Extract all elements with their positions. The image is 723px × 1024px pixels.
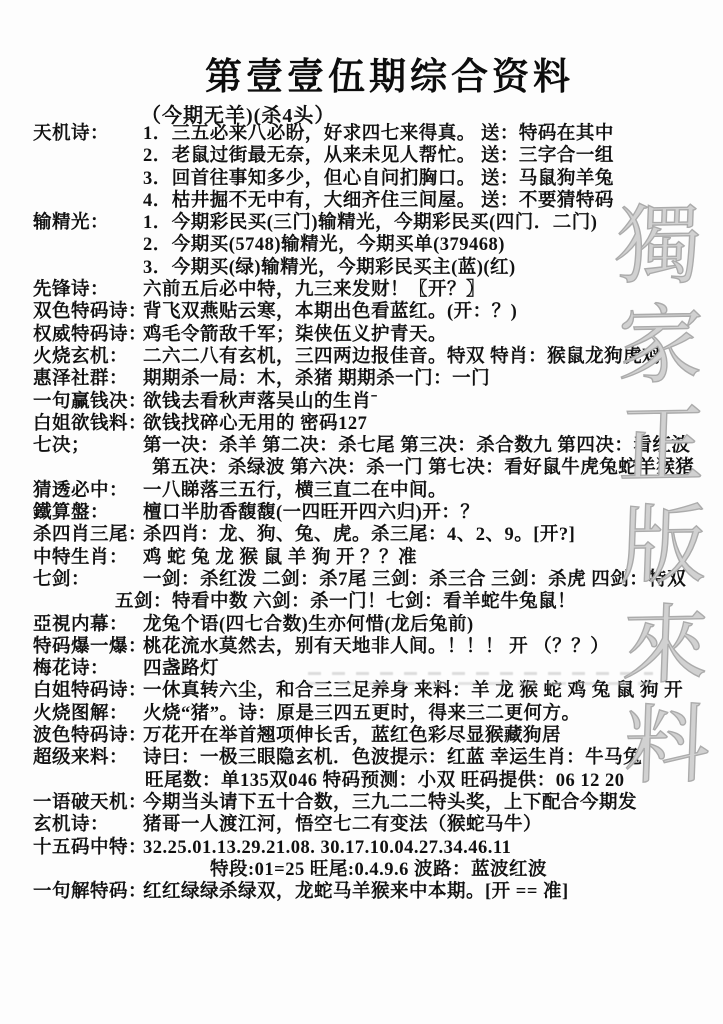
line-text: 四盏路灯 xyxy=(143,658,219,680)
line-text: 鸡毛令箭敌千军；柒侠伍义护青天。 xyxy=(143,324,447,346)
line-label: 波色特码诗： xyxy=(33,725,143,747)
line-label: 天机诗： xyxy=(33,123,143,145)
doc-line: 火烧玄机：二六二八有玄机，三四两边报佳音。特双 特肖：猴鼠龙狗虎鸡 xyxy=(0,346,723,368)
doc-line: 旺尾数：单135双046 特码预测：小双 旺码提供：06 12 20 xyxy=(0,770,723,792)
line-label: 惠泽社群： xyxy=(33,368,143,390)
line-text: 火烧“猪”。诗：原是三四五更时，得来三二更何方。 xyxy=(143,703,581,725)
line-text: 龙兔个语(四七合数)生亦何惜(龙后兔前) xyxy=(143,614,474,636)
line-label: 火烧图解： xyxy=(33,703,143,725)
doc-line: 五剑：特看中数 六剑：杀一门！七剑：看羊蛇牛兔鼠！ xyxy=(0,591,723,613)
line-label: 双色特码诗： xyxy=(33,301,143,323)
line-label: 一语破天机： xyxy=(33,792,143,814)
doc-line: 特段:01=25 旺尾:0.4.9.6 波路：蓝波红波 xyxy=(0,859,723,881)
line-label: 杀四肖三尾： xyxy=(33,524,143,546)
line-text: 第一决：杀羊 第二决：杀七尾 第三决：杀合数九 第四决：看红波 xyxy=(143,435,690,457)
line-text: 五剑：特看中数 六剑：杀一门！七剑：看羊蛇牛兔鼠！ xyxy=(115,591,576,613)
line-text: 猪哥一人渡江河，悟空七二有变法（猴蛇马牛） xyxy=(143,814,542,836)
doc-line: 4．枯井掘不无中有，大细齐住三间屋。 送：不要猜特码 xyxy=(0,190,723,212)
line-label: 火烧玄机： xyxy=(33,346,143,368)
doc-line: 一语破天机：今期当头请下五十合数，三九二二特头奖，上下配合今期发 xyxy=(0,792,723,814)
line-label: 白姐欲钱料： xyxy=(33,413,143,435)
line-text: 2．今期买(5748)输精光，今期买单(379468) xyxy=(143,234,505,256)
document-body: 天机诗：1．三五必来八必盼，好求四七来得真。 送：特码在其中2．老鼠过街最无奈，… xyxy=(0,123,723,903)
line-text: 今期当头请下五十合数，三九二二特头奖，上下配合今期发 xyxy=(143,792,637,814)
doc-line: 鐵算盤：檀口半肋香馥馥(一四旺开四六归)开：？ xyxy=(0,502,723,524)
line-text: 32.25.01.13.29.21.08. 30.17.10.04.27.34.… xyxy=(143,837,511,859)
doc-line: 超级来料：诗曰：一极三眼隐玄机．色波提示：红蓝 幸运生肖：牛马兔 xyxy=(0,747,723,769)
line-text: 期期杀一局：木，杀猪 期期杀一门：一门 xyxy=(143,368,490,390)
doc-line: 亞視内幕：龙兔个语(四七合数)生亦何惜(龙后兔前) xyxy=(0,614,723,636)
doc-line: 第五决：杀绿波 第六决：杀一门 第七决：看好鼠牛虎兔蛇羊猴猪 xyxy=(0,457,723,479)
page-title: 第壹壹伍期综合资料 xyxy=(205,46,574,100)
doc-line: 先锋诗：六前五后必中特，九三来发财！〖开？〗 xyxy=(0,279,723,301)
line-label: 七决； xyxy=(33,435,143,457)
doc-line: 3．回首往事知多少，但心自问扪胸口。 送：马鼠狗羊兔 xyxy=(0,168,723,190)
line-label: 梅花诗： xyxy=(33,658,143,680)
doc-line: 十五码中特：32.25.01.13.29.21.08. 30.17.10.04.… xyxy=(0,837,723,859)
doc-line: 杀四肖三尾：杀四肖：龙、狗、兔、虎。杀三尾：4、2、9。[开?] xyxy=(0,524,723,546)
line-text: 鸡 蛇 兔 龙 猴 鼠 羊 狗 开 ？？准 xyxy=(143,547,417,569)
doc-line: 天机诗：1．三五必来八必盼，好求四七来得真。 送：特码在其中 xyxy=(0,123,723,145)
line-text: 2．老鼠过街最无奈，从来未见人帮忙。 送：三字合一组 xyxy=(143,145,614,167)
line-label: 白姐特码诗： xyxy=(33,680,143,702)
doc-line: 双色特码诗：背飞双燕贴云寒，本期出色看蓝红。(开：？) xyxy=(0,301,723,323)
line-label: 十五码中特： xyxy=(33,837,143,859)
line-text: 1．今期彩民买(三门)输精光，今期彩民买(四门．二门) xyxy=(143,212,597,234)
line-label: 玄机诗： xyxy=(33,814,143,836)
doc-line: 中特生肖：鸡 蛇 兔 龙 猴 鼠 羊 狗 开 ？？准 xyxy=(0,547,723,569)
line-label: 一句赢钱决： xyxy=(33,391,143,413)
line-label: 猜透必中： xyxy=(33,480,143,502)
line-text: 欲钱去看秋声落吴山的生肖ˉ xyxy=(143,391,378,413)
line-text: 3．回首往事知多少，但心自问扪胸口。 送：马鼠狗羊兔 xyxy=(143,168,614,190)
doc-line: 3．今期买(绿)输精光，今期彩民买主(蓝)(红) xyxy=(0,257,723,279)
line-text: 二六二八有玄机，三四两边报佳音。特双 特肖：猴鼠龙狗虎鸡 xyxy=(143,346,661,368)
doc-line: 火烧图解：火烧“猪”。诗：原是三四五更时，得来三二更何方。 xyxy=(0,703,723,725)
line-text: 杀四肖：龙、狗、兔、虎。杀三尾：4、2、9。[开?] xyxy=(143,524,575,546)
line-label: 七剑： xyxy=(33,569,143,591)
line-text: 檀口半肋香馥馥(一四旺开四六归)开：？ xyxy=(143,502,479,524)
line-text: 旺尾数：单135双046 特码预测：小双 旺码提供：06 12 20 xyxy=(145,770,625,792)
faded-strikeout-marks xyxy=(308,672,653,692)
line-text: 万花开在举首翘项伸长舌，蓝红色彩尽显猴藏狗居 xyxy=(143,725,561,747)
doc-line: 特码爆一爆：桃花流水莫然去，别有天地非人间。！！！ 开 （？？） xyxy=(0,636,723,658)
line-label: 权威特码诗： xyxy=(33,324,143,346)
line-text: 欲钱找碎心无用的 密码127 xyxy=(143,413,367,435)
line-label: 亞視内幕： xyxy=(33,614,143,636)
doc-line: 波色特码诗：万花开在举首翘项伸长舌，蓝红色彩尽显猴藏狗居 xyxy=(0,725,723,747)
line-text: 六前五后必中特，九三来发财！〖开？〗 xyxy=(143,279,485,301)
doc-line: 惠泽社群：期期杀一局：木，杀猪 期期杀一门：一门 xyxy=(0,368,723,390)
line-label: 输精光： xyxy=(33,212,143,234)
line-text: 一八睇落三五行，横三直二在中间。 xyxy=(143,480,447,502)
line-label: 特码爆一爆： xyxy=(33,636,143,658)
line-label: 鐵算盤： xyxy=(33,502,143,524)
faded-dash-row xyxy=(308,672,653,675)
line-text: 4．枯井掘不无中有，大细齐住三间屋。 送：不要猜特码 xyxy=(143,190,614,212)
doc-line: 猜透必中：一八睇落三五行，横三直二在中间。 xyxy=(0,480,723,502)
line-text: 诗曰：一极三眼隐玄机．色波提示：红蓝 幸运生肖：牛马兔 xyxy=(143,747,642,769)
line-text: 3．今期买(绿)输精光，今期彩民买主(蓝)(红) xyxy=(143,257,516,279)
doc-line: 一句赢钱决：欲钱去看秋声落吴山的生肖ˉ xyxy=(0,391,723,413)
doc-line: 输精光：1．今期彩民买(三门)输精光，今期彩民买(四门．二门) xyxy=(0,212,723,234)
line-text: 桃花流水莫然去，别有天地非人间。！！！ 开 （？？） xyxy=(143,636,609,658)
line-label: 先锋诗： xyxy=(33,279,143,301)
doc-line: 玄机诗：猪哥一人渡江河，悟空七二有变法（猴蛇马牛） xyxy=(0,814,723,836)
line-text: 特段:01=25 旺尾:0.4.9.6 波路：蓝波红波 xyxy=(210,859,547,881)
doc-line: 白姐欲钱料：欲钱找碎心无用的 密码127 xyxy=(0,413,723,435)
line-text: 背飞双燕贴云寒，本期出色看蓝红。(开：？) xyxy=(143,301,517,323)
line-text: 一剑：杀红泼 二剑：杀7尾 三剑：杀三合 三剑：杀虎 四剑：特双 xyxy=(143,569,686,591)
doc-line: 一句解特码：红红绿绿杀绿双，龙蛇马羊猴来中本期。[开 == 准] xyxy=(0,881,723,903)
tip-sheet-page: 第壹壹伍期综合资料 （今期无羊)(杀4头） 天机诗：1．三五必来八必盼，好求四七… xyxy=(0,0,723,1024)
line-text: 第五决：杀绿波 第六决：杀一门 第七决：看好鼠牛虎兔蛇羊猴猪 xyxy=(152,457,694,479)
line-label: 超级来料： xyxy=(33,747,143,769)
faded-dash-row xyxy=(308,682,653,685)
doc-line: 2．今期买(5748)输精光，今期买单(379468) xyxy=(0,234,723,256)
doc-line: 七剑：一剑：杀红泼 二剑：杀7尾 三剑：杀三合 三剑：杀虎 四剑：特双 xyxy=(0,569,723,591)
doc-line: 2．老鼠过街最无奈，从来未见人帮忙。 送：三字合一组 xyxy=(0,145,723,167)
line-label: 中特生肖： xyxy=(33,547,143,569)
line-text: 红红绿绿杀绿双，龙蛇马羊猴来中本期。[开 == 准] xyxy=(143,881,569,903)
doc-line: 权威特码诗：鸡毛令箭敌千军；柒侠伍义护青天。 xyxy=(0,324,723,346)
doc-line: 七决；第一决：杀羊 第二决：杀七尾 第三决：杀合数九 第四决：看红波 xyxy=(0,435,723,457)
line-text: 1．三五必来八必盼，好求四七来得真。 送：特码在其中 xyxy=(143,123,614,145)
line-label: 一句解特码： xyxy=(33,881,143,903)
